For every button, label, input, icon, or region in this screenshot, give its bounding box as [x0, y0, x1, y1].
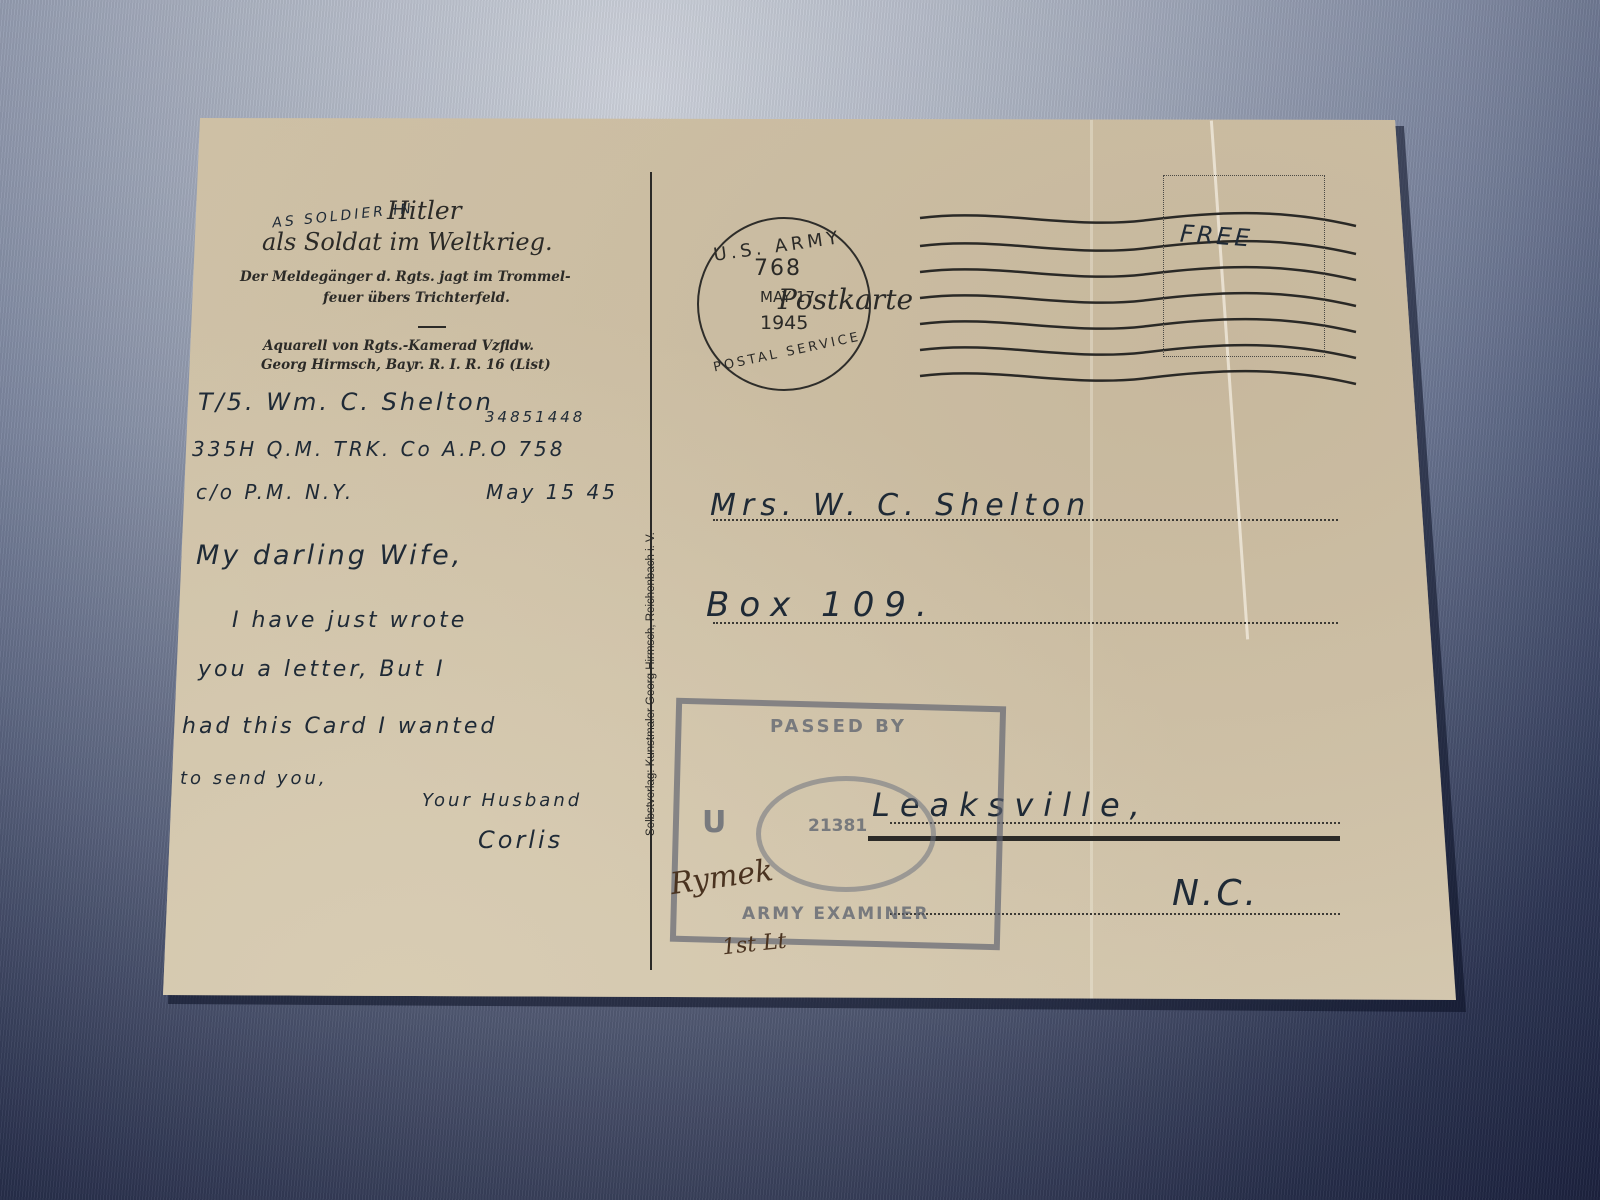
letter-date: May 15 45	[486, 480, 618, 504]
message-line-2: you a letter, But I	[198, 657, 445, 682]
sender-postmaster: c/o P.M. N.Y.	[196, 480, 354, 504]
caption-subtitle-1: Der Meldegänger d. Rgts. jagt im Trommel…	[240, 269, 571, 285]
sender-name: T/5. Wm. C. Shelton	[198, 388, 494, 416]
censor-number: 21381	[808, 816, 867, 836]
caption-credit-2: Georg Hirmsch, Bayr. R. I. R. 16 (List)	[261, 357, 551, 373]
censor-letter: U	[702, 805, 726, 840]
recipient-street: Box 109.	[706, 585, 937, 625]
caption-rule	[418, 326, 446, 328]
message-line-1: I have just wrote	[232, 608, 467, 633]
closing: Your Husband	[422, 790, 582, 811]
caption-title-line2: als Soldat im Weltkrieg.	[262, 228, 553, 256]
recipient-state: N.C.	[1172, 873, 1259, 914]
vertical-imprint: Selbstverlag: Kunstmaler Georg Hirmsch, …	[645, 532, 657, 836]
salutation: My darling Wife,	[196, 540, 463, 571]
message-line-4: to send you,	[180, 768, 328, 789]
stamp-box	[1163, 175, 1325, 357]
sender-unit: 335H Q.M. TRK. Co A.P.O 758	[192, 437, 566, 461]
sender-serial: 34851448	[485, 408, 585, 426]
signature: Corlis	[478, 826, 563, 854]
examiner-rank: 1st Lt	[721, 929, 788, 961]
caption-credit-1: Aquarell von Rgts.-Kamerad Vzfldw.	[263, 338, 534, 354]
recipient-name: Mrs. W. C. Shelton	[710, 488, 1091, 523]
caption-subtitle-2: feuer übers Trichterfeld.	[323, 290, 510, 306]
postmark-number: 768	[754, 256, 802, 281]
censor-bottom-text: ARMY EXAMINER	[742, 904, 929, 924]
postkarte-label: Postkarte	[778, 283, 913, 316]
message-line-3: had this Card I wanted	[182, 714, 497, 739]
censor-top-text: PASSED BY	[770, 716, 907, 737]
handwritten-annotation: AS SOLDIER IN	[272, 201, 415, 232]
postage-free: FREE	[1179, 219, 1254, 252]
